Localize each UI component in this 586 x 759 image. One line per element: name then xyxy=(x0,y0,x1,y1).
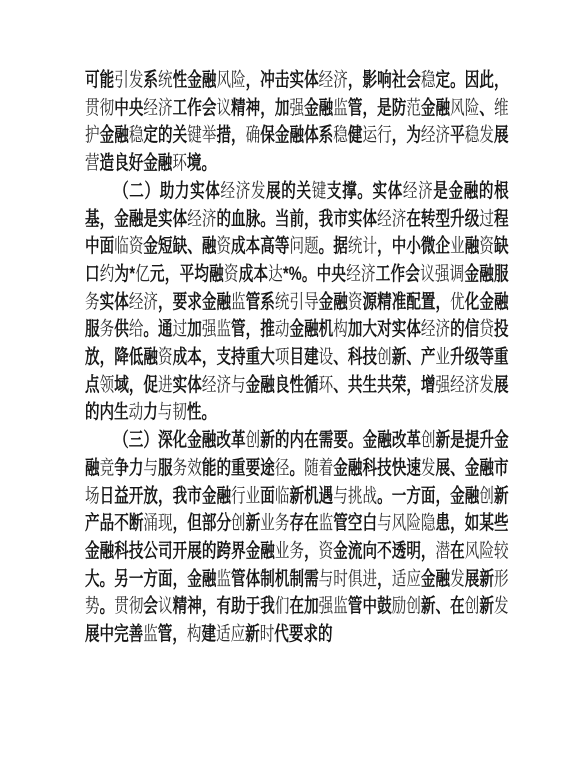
fallback-glyph: 监 xyxy=(216,318,231,340)
fallback-glyph: 强 xyxy=(319,595,334,617)
fallback-glyph: 时 xyxy=(333,568,348,590)
document-page: 可能引发系统性金融风险，冲击实体经济，影响社会稳定。因此，贯彻中央经济工作会议精… xyxy=(0,0,586,759)
fallback-glyph: 确 xyxy=(246,124,261,146)
fallback-glyph: 环 xyxy=(319,374,334,396)
fallback-glyph: 风 xyxy=(392,512,407,534)
fallback-glyph: 护 xyxy=(85,124,100,146)
fallback-glyph: 发 xyxy=(421,457,436,479)
fallback-glyph: 创 xyxy=(421,429,436,451)
fallback-glyph: 经 xyxy=(403,180,418,202)
fallback-glyph: 济 xyxy=(361,263,376,285)
fallback-glyph: 险 xyxy=(406,512,421,534)
fallback-glyph: 统 xyxy=(348,235,363,257)
fallback-glyph: 资 xyxy=(319,540,334,562)
fallback-glyph: 强 xyxy=(435,263,450,285)
fallback-glyph: 励 xyxy=(392,595,407,617)
fallback-glyph: 经 xyxy=(129,291,144,313)
fallback-glyph: 济 xyxy=(143,291,158,313)
fallback-glyph: 济 xyxy=(392,208,407,230)
fallback-glyph: 经 xyxy=(377,208,392,230)
fallback-glyph: 发 xyxy=(450,568,465,590)
fallback-glyph: 经 xyxy=(450,374,465,396)
fallback-glyph: 贷 xyxy=(479,318,494,340)
fallback-glyph: 济 xyxy=(465,374,480,396)
fallback-glyph: 经 xyxy=(202,374,217,396)
fallback-glyph: 统 xyxy=(275,291,290,313)
fallback-glyph: 着 xyxy=(319,457,334,479)
fallback-glyph: 经 xyxy=(220,180,235,202)
fallback-glyph: 行 xyxy=(231,485,246,507)
fallback-glyph: 与 xyxy=(143,457,158,479)
fallback-glyph: 引 xyxy=(114,69,129,91)
fallback-glyph: 务 xyxy=(289,540,304,562)
fallback-glyph: 业 xyxy=(260,512,275,534)
fallback-glyph: 强 xyxy=(436,374,451,396)
fallback-glyph: 导 xyxy=(304,291,319,313)
fallback-glyph: 资 xyxy=(158,346,173,368)
fallback-glyph: 引 xyxy=(289,291,304,313)
fallback-glyph: 进 xyxy=(158,374,173,396)
fallback-glyph: 应 xyxy=(231,623,246,645)
fallback-glyph: 务 xyxy=(100,318,115,340)
fallback-glyph: 创 xyxy=(406,595,421,617)
fallback-glyph: 与 xyxy=(319,568,334,590)
fallback-glyph: 经 xyxy=(143,97,158,119)
fallback-glyph: 项 xyxy=(275,346,290,368)
fallback-glyph: 优 xyxy=(450,291,465,313)
fallback-glyph: 场 xyxy=(85,485,100,507)
fallback-glyph: 风 xyxy=(465,540,480,562)
fallback-glyph: 临 xyxy=(275,485,290,507)
fallback-glyph: 发 xyxy=(479,124,494,146)
fallback-glyph: 径 xyxy=(275,457,290,479)
fallback-glyph: 涌 xyxy=(143,512,158,534)
fallback-glyph: 险 xyxy=(231,69,246,91)
fallback-glyph: 创 xyxy=(479,485,494,507)
fallback-glyph: 资 xyxy=(224,263,239,285)
fallback-glyph: 资 xyxy=(479,235,494,257)
document-text: 可能引发系统性金融风险，冲击实体经济，影响社会稳定。因此，贯彻中央经济工作会议精… xyxy=(85,67,509,649)
fallback-glyph: 时 xyxy=(260,623,275,645)
fallback-glyph: 创 xyxy=(231,512,246,534)
fallback-glyph: 经 xyxy=(421,124,436,146)
paragraph-2: （二）助力实体经济发展的关键支撑。实体经济是金融的根基，金融是实体经济的血脉。当… xyxy=(85,178,509,427)
fallback-glyph: 济 xyxy=(216,374,231,396)
fallback-glyph: 与 xyxy=(158,401,173,423)
fallback-glyph: 应 xyxy=(406,568,421,590)
fallback-glyph: 们 xyxy=(275,595,290,617)
fallback-glyph: 营 xyxy=(85,152,100,174)
fallback-glyph: 经 xyxy=(421,318,436,340)
fallback-glyph: 过 xyxy=(173,318,188,340)
fallback-glyph: 资 xyxy=(348,291,363,313)
fallback-glyph: 创 xyxy=(377,346,392,368)
fallback-glyph: 经 xyxy=(319,69,334,91)
fallback-glyph: 济 xyxy=(333,69,348,91)
fallback-glyph: 达 xyxy=(268,263,283,285)
fallback-glyph: 彻 xyxy=(129,595,144,617)
fallback-glyph: 济 xyxy=(158,97,173,119)
fallback-glyph: 议 xyxy=(158,595,173,617)
fallback-glyph: 键 xyxy=(312,180,327,202)
fallback-glyph: 给 xyxy=(129,318,144,340)
fallback-glyph: 问 xyxy=(289,235,304,257)
fallback-glyph: 业 xyxy=(436,346,451,368)
fallback-glyph: 效 xyxy=(187,457,202,479)
fallback-glyph: 监 xyxy=(216,568,231,590)
fallback-glyph: 与 xyxy=(377,512,392,534)
fallback-glyph: 发 xyxy=(129,69,144,91)
fallback-glyph: 监 xyxy=(333,97,348,119)
fallback-glyph: 潜 xyxy=(436,540,451,562)
fallback-glyph: 济 xyxy=(436,318,451,340)
fallback-glyph: 创 xyxy=(246,429,261,451)
fallback-glyph: 济 xyxy=(236,180,251,202)
fallback-glyph: 险 xyxy=(479,540,494,562)
fallback-glyph: 韧 xyxy=(172,401,187,423)
fallback-glyph: 务 xyxy=(85,291,100,313)
fallback-glyph: 维 xyxy=(494,97,509,119)
fallback-glyph: 与 xyxy=(231,374,246,396)
fallback-glyph: 战 xyxy=(363,485,378,507)
fallback-glyph: 议 xyxy=(216,97,231,119)
fallback-glyph: 临 xyxy=(114,235,129,257)
fallback-glyph: 监 xyxy=(333,595,348,617)
fallback-glyph: 题 xyxy=(304,235,319,257)
fallback-glyph: 风 xyxy=(216,69,231,91)
fallback-glyph: 俱 xyxy=(348,568,363,590)
fallback-glyph: 稳 xyxy=(465,124,480,146)
fallback-glyph: 构 xyxy=(187,623,202,645)
fallback-glyph: 适 xyxy=(392,568,407,590)
fallback-glyph: 监 xyxy=(231,291,246,313)
fallback-glyph: 较 xyxy=(494,540,509,562)
fallback-glyph: 发 xyxy=(479,374,494,396)
fallback-glyph: 现 xyxy=(158,512,173,534)
fallback-glyph: 议 xyxy=(420,263,435,285)
fallback-glyph: 发 xyxy=(494,595,509,617)
document-body: 可能引发系统性金融风险，冲击实体经济，影响社会稳定。因此，贯彻中央经济工作会议精… xyxy=(85,67,509,649)
fallback-glyph: 监 xyxy=(319,512,334,534)
fallback-glyph: 稳 xyxy=(333,124,348,146)
fallback-glyph: 随 xyxy=(304,457,319,479)
fallback-glyph: 亿 xyxy=(135,263,150,285)
paragraph-3: （三）深化金融改革创新的内在需要。金融改革创新是提升金融竞争力与服务效能的重要途… xyxy=(85,427,509,649)
fallback-glyph: 约 xyxy=(100,263,115,285)
fallback-glyph: 济 xyxy=(436,124,451,146)
fallback-glyph: 务 xyxy=(275,512,290,534)
fallback-glyph: 动 xyxy=(129,401,144,423)
fallback-glyph: 行 xyxy=(377,124,392,146)
fallback-glyph: 调 xyxy=(450,263,465,285)
fallback-glyph: 设 xyxy=(319,346,334,368)
fallback-glyph: 济 xyxy=(202,208,217,230)
fallback-glyph: 键 xyxy=(187,124,202,146)
fallback-glyph: 彻 xyxy=(100,97,115,119)
fallback-glyph: 稳 xyxy=(421,69,436,91)
fallback-glyph: 形 xyxy=(494,568,509,590)
fallback-glyph: 业 xyxy=(275,540,290,562)
fallback-glyph: 业 xyxy=(450,235,465,257)
fallback-glyph: 构 xyxy=(333,318,348,340)
fallback-glyph: 资 xyxy=(216,235,231,257)
fallback-glyph: 稳 xyxy=(129,124,144,146)
fallback-glyph: 计 xyxy=(363,235,378,257)
fallback-glyph: 势 xyxy=(85,595,100,617)
fallback-glyph: 适 xyxy=(216,623,231,645)
fallback-glyph: 进 xyxy=(363,568,378,590)
fallback-glyph: 强 xyxy=(289,97,304,119)
fallback-glyph: 资 xyxy=(129,235,144,257)
fallback-glyph: 济 xyxy=(418,180,433,202)
fallback-glyph: 业 xyxy=(246,485,261,507)
fallback-glyph: 贯 xyxy=(114,595,129,617)
fallback-glyph: 隐 xyxy=(421,512,436,534)
fallback-glyph: 举 xyxy=(202,124,217,146)
fallback-glyph: 务 xyxy=(173,457,188,479)
fallback-glyph: 险 xyxy=(465,97,480,119)
paragraph-1: 可能引发系统性金融风险，冲击实体经济，影响社会稳定。因此，贯彻中央经济工作会议精… xyxy=(85,67,509,178)
fallback-glyph: 创 xyxy=(465,595,480,617)
fallback-glyph: 领 xyxy=(100,374,115,396)
fallback-glyph: 风 xyxy=(450,97,465,119)
fallback-glyph: 挑 xyxy=(348,485,363,507)
fallback-glyph: 经 xyxy=(187,208,202,230)
fallback-glyph: 监 xyxy=(143,623,158,645)
fallback-glyph: 统 xyxy=(158,69,173,91)
fallback-glyph: 与 xyxy=(333,485,348,507)
fallback-glyph: 竞 xyxy=(100,457,115,479)
fallback-glyph: 环 xyxy=(172,152,187,174)
fallback-glyph: 动 xyxy=(275,318,290,340)
fallback-glyph: 经 xyxy=(346,263,361,285)
fallback-glyph: 运 xyxy=(363,124,378,146)
fallback-glyph: 范 xyxy=(406,97,421,119)
fallback-glyph: 贯 xyxy=(85,97,100,119)
fallback-glyph: 过 xyxy=(479,208,494,230)
fallback-glyph: 强 xyxy=(202,318,217,340)
fallback-glyph: 发 xyxy=(251,180,266,202)
